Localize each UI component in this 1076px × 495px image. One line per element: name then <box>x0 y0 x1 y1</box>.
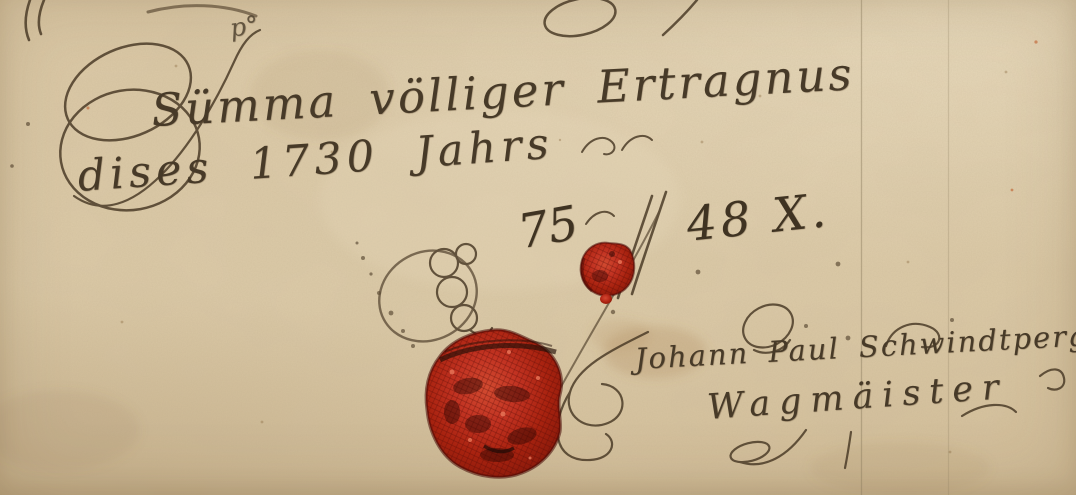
manuscript-page: p° Sümma völliger Ertragnus dises 1730 J… <box>0 0 1076 495</box>
wax-seal-large <box>426 330 561 478</box>
text-fragment-top: p° <box>228 10 260 43</box>
amount-gulden: 75 <box>514 196 582 261</box>
